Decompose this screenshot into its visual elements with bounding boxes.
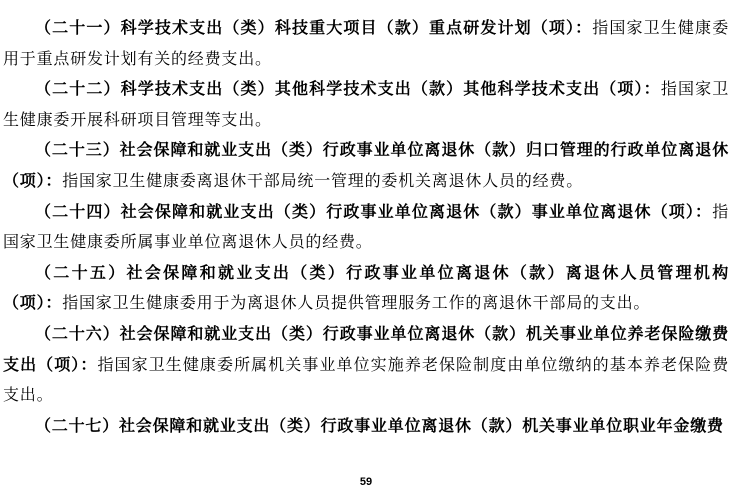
paragraph-item-25: （二十五）社会保障和就业支出（类）行政事业单位离退休（款）离退休人员管理机构（项… xyxy=(3,259,729,320)
paragraph-item-21: （二十一）科学技术支出（类）科技重大项目（款）重点研发计划（项）：指国家卫生健康… xyxy=(3,14,729,75)
paragraph-body: 指国家卫生健康委所属机关事业单位实施养老保险制度由单位缴纳的基本养老保险费支出。 xyxy=(3,357,729,405)
paragraph-item-23: （二十三）社会保障和就业支出（类）行政事业单位离退休（款）归口管理的行政单位离退… xyxy=(3,136,729,197)
paragraph-heading: （二十七）社会保障和就业支出（类）行政事业单位离退休（款）机关事业单位职业年金缴… xyxy=(35,418,724,435)
paragraph-item-26: （二十六）社会保障和就业支出（类）行政事业单位离退休（款）机关事业单位养老保险缴… xyxy=(3,320,729,412)
paragraph-body: 指国家卫生健康委离退休干部局统一管理的委机关离退休人员的经费。 xyxy=(62,173,583,190)
paragraph-item-27: （二十七）社会保障和就业支出（类）行政事业单位离退休（款）机关事业单位职业年金缴… xyxy=(3,412,729,443)
paragraph-item-24: （二十四）社会保障和就业支出（类）行政事业单位离退休（款）事业单位离退休（项）：… xyxy=(3,198,729,259)
paragraph-body: 指国家卫生健康委用于为离退休人员提供管理服务工作的离退休干部局的支出。 xyxy=(62,295,650,312)
page-footer: 59 xyxy=(0,470,732,495)
paragraph-heading: （二十二）科学技术支出（类）其他科学技术支出（款）其他科学技术支出（项）： xyxy=(35,81,661,98)
paragraph-item-22: （二十二）科学技术支出（类）其他科学技术支出（款）其他科学技术支出（项）：指国家… xyxy=(3,75,729,136)
paragraph-heading: （二十一）科学技术支出（类）科技重大项目（款）重点研发计划（项）： xyxy=(35,20,592,37)
document-page: （二十一）科学技术支出（类）科技重大项目（款）重点研发计划（项）：指国家卫生健康… xyxy=(0,0,732,495)
paragraph-heading: （二十四）社会保障和就业支出（类）行政事业单位离退休（款）事业单位离退休（项）： xyxy=(35,204,712,221)
page-number: 59 xyxy=(360,476,372,488)
